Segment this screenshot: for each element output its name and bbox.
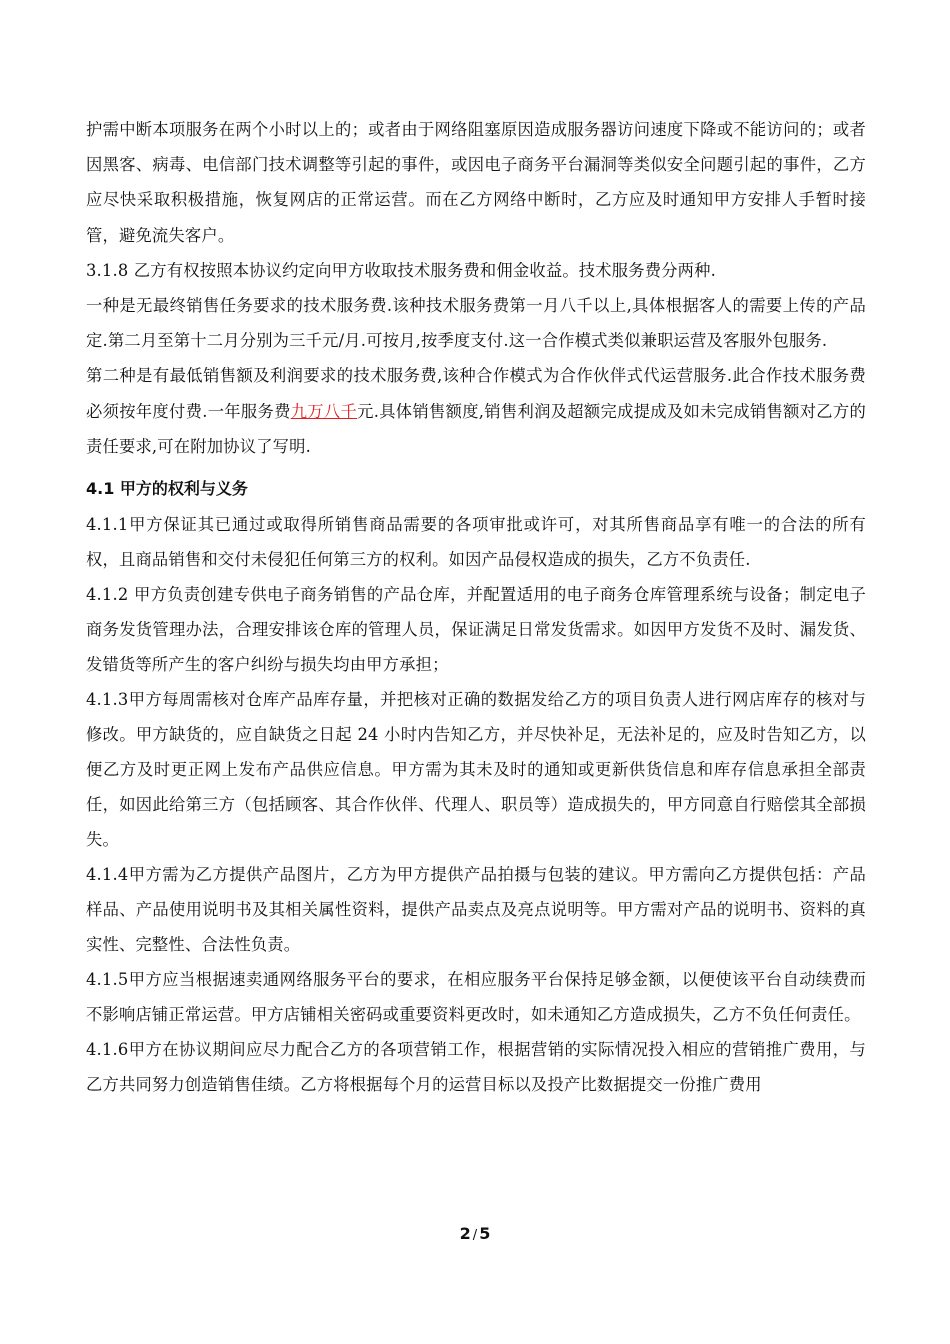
clause-4-1-6: 4.1.6甲方在协议期间应尽力配合乙方的各项营销工作，根据营销的实际情况投入相应… — [86, 1032, 866, 1102]
party-a-clauses: 4.1.1甲方保证其已通过或取得所销售商品需要的各项审批或许可，对其所售商品享有… — [86, 507, 866, 1102]
paragraph-fee-type-one: 一种是无最终销售任务要求的技术服务费.该种技术服务费第一月八千以上,具体根据客人… — [86, 288, 866, 358]
section-heading-party-a-rights: 4.1 甲方的权利与义务 — [86, 471, 866, 507]
page-number: 2/5 — [0, 1224, 950, 1243]
paragraph-fee-type-two: 第二种是有最低销售额及利润要求的技术服务费,该种合作模式为合作伙伴式代运营服务.… — [86, 358, 866, 464]
paragraph-service-interruption: 护需中断本项服务在两个小时以上的；或者由于网络阻塞原因造成服务器访问速度下降或不… — [86, 112, 866, 253]
total-pages: 5 — [479, 1224, 490, 1243]
current-page: 2 — [460, 1224, 471, 1243]
document-page: 护需中断本项服务在两个小时以上的；或者由于网络阻塞原因造成服务器访问速度下降或不… — [0, 0, 950, 1344]
clause-4-1-2: 4.1.2 甲方负责创建专供电子商务销售的产品仓库，并配置适用的电子商务仓库管理… — [86, 577, 866, 682]
page-separator: / — [473, 1228, 477, 1243]
clause-4-1-3: 4.1.3甲方每周需核对仓库产品库存量，并把核对正确的数据发给乙方的项目负责人进… — [86, 682, 866, 857]
paragraph-clause-3-1-8: 3.1.8 乙方有权按照本协议约定向甲方收取技术服务费和佣金收益。技术服务费分两… — [86, 253, 866, 288]
clause-4-1-5: 4.1.5甲方应当根据速卖通网络服务平台的要求，在相应服务平台保持足够金额，以便… — [86, 962, 866, 1032]
page-content: 护需中断本项服务在两个小时以上的；或者由于网络阻塞原因造成服务器访问速度下降或不… — [86, 112, 866, 1102]
clause-4-1-1: 4.1.1甲方保证其已通过或取得所销售商品需要的各项审批或许可，对其所售商品享有… — [86, 507, 866, 577]
clause-4-1-4: 4.1.4甲方需为乙方提供产品图片，乙方为甲方提供产品拍摄与包装的建议。甲方需向… — [86, 857, 866, 962]
annual-fee-amount-highlight: 九万八千 — [291, 402, 357, 421]
